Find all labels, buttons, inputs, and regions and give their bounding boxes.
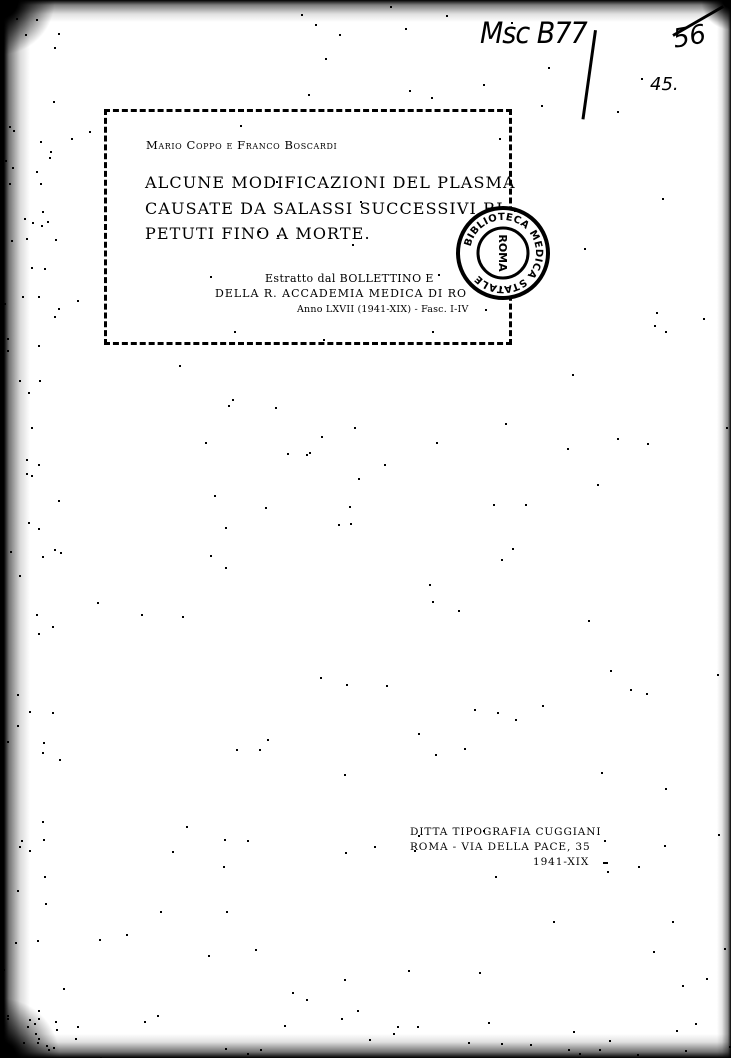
scan-edge-top [0,0,731,22]
extract-line-3: Anno LXVII (1941-XIX) - Fasc. I-IV [297,304,469,315]
scan-corner-top-left [0,0,60,60]
scan-edge-right [717,0,731,1058]
title-line-1: ALCUNE MODIFICAZIONI DEL PLASMA [145,170,516,196]
authors-line: Mario Coppo e Franco Boscardi [146,138,337,152]
stamp-center-text: ROMA [496,234,509,272]
extract-line-1: Estratto dal BOLLETTINO E [265,272,434,285]
extract-line-2: DELLA R. ACCADEMIA MEDICA DI RO [215,287,467,300]
handwritten-number: 45. [650,74,679,95]
scan-edge-left [0,0,30,1058]
handwritten-shelfmark: Msc B77 [480,16,587,50]
imprint-line-2: ROMA - VIA DELLA PACE, 35 [410,841,591,853]
imprint-line-3: 1941-XIX [533,856,589,868]
scan-edge-bottom [0,1034,731,1058]
scanned-page: Msc B77 56 45. Mario Coppo e Franco Bosc… [0,0,731,1058]
library-stamp-icon: BIBLIOTECA MEDICA STATALE ROMA [455,205,551,301]
scan-corner-bottom-left [0,998,80,1058]
imprint-line-1: DITTA TIPOGRAFIA CUGGIANI [410,826,601,838]
imprint-dash-mark [603,862,608,864]
